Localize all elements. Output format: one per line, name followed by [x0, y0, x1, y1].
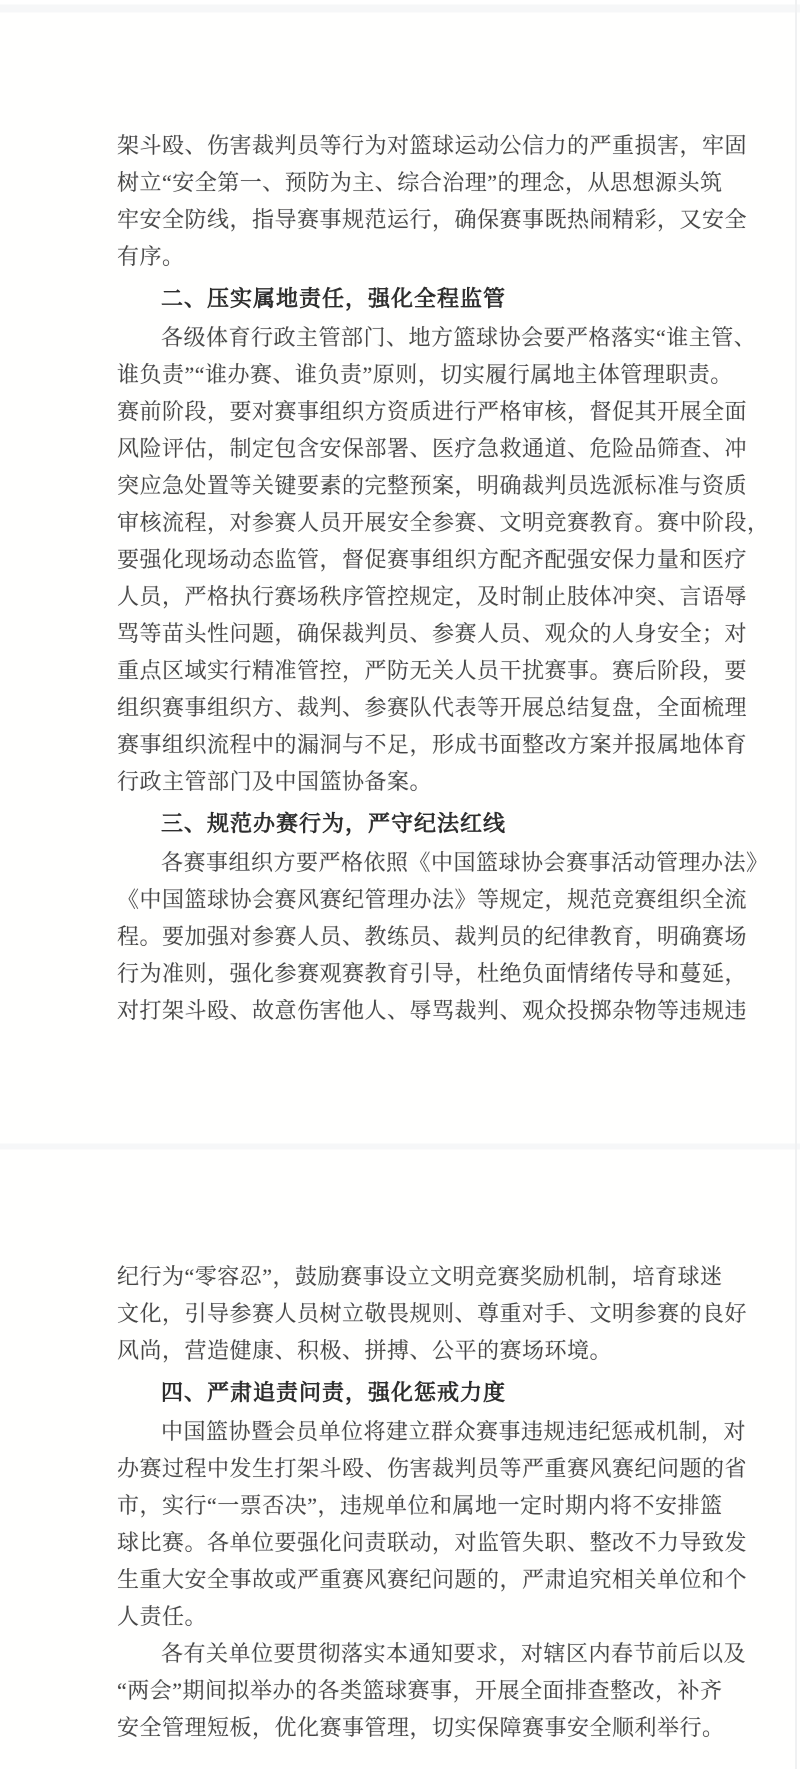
text-line: 各有关单位要贯彻落实本通知要求，对辖区内春节前后以及 [117, 1635, 680, 1672]
text-line: 重点区域实行精准管控，严防无关人员干扰赛事。赛后阶段，要 [117, 652, 680, 689]
text-line: 市，实行“一票否决”，违规单位和属地一定时期内将不安排篮 [117, 1487, 680, 1524]
text-line: “两会”期间拟举办的各类篮球赛事，开展全面排查整改，补齐 [117, 1672, 680, 1709]
text-line: 谁负责”“谁办赛、谁负责”原则，切实履行属地主体管理职责。 [117, 356, 680, 393]
page-gap-middle [0, 1143, 800, 1150]
text-line: 各级体育行政主管部门、地方篮球协会要严格落实“谁主管、 [117, 319, 680, 356]
page-gap-top [0, 4, 800, 13]
text-line: 纪行为“零容忍”，鼓励赛事设立文明竞赛奖励机制，培育球迷 [117, 1258, 680, 1295]
paragraph: 架斗殴、伤害裁判员等行为对篮球运动公信力的严重损害，牢固树立“安全第一、预防为主… [117, 127, 680, 275]
article-viewport: 架斗殴、伤害裁判员等行为对篮球运动公信力的严重损害，牢固树立“安全第一、预防为主… [0, 0, 800, 1769]
text-line: 球比赛。各单位要强化问责联动，对监管失职、整改不力导致发 [117, 1524, 680, 1561]
text-line: 程。要加强对参赛人员、教练员、裁判员的纪律教育，明确赛场 [117, 918, 680, 955]
text-line: 有序。 [117, 238, 680, 275]
paragraph: 各级体育行政主管部门、地方篮球协会要严格落实“谁主管、谁负责”“谁办赛、谁负责”… [117, 319, 680, 800]
section-heading: 三、规范办赛行为，严守纪法红线 [117, 805, 680, 842]
text-line: 中国篮协暨会员单位将建立群众赛事违规违纪惩戒机制，对 [117, 1413, 680, 1450]
text-line: 赛事组织流程中的漏洞与不足，形成书面整改方案并报属地体育 [117, 726, 680, 763]
text-line: 各赛事组织方要严格依照《中国篮球协会赛事活动管理办法》 [117, 844, 680, 881]
paragraph: 纪行为“零容忍”，鼓励赛事设立文明竞赛奖励机制，培育球迷文化，引导参赛人员树立敬… [117, 1258, 680, 1369]
text-line: 审核流程，对参赛人员开展安全参赛、文明竞赛教育。赛中阶段， [117, 504, 680, 541]
text-line: 人责任。 [117, 1598, 680, 1635]
content-right-edge [795, 0, 797, 1769]
text-line: 行政主管部门及中国篮协备案。 [117, 763, 680, 800]
text-line: 人员，严格执行赛场秩序管控规定，及时制止肢体冲突、言语辱 [117, 578, 680, 615]
text-line: 生重大安全事故或严重赛风赛纪问题的，严肃追究相关单位和个 [117, 1561, 680, 1598]
scanned-page-image-2[interactable]: 纪行为“零容忍”，鼓励赛事设立文明竞赛奖励机制，培育球迷文化，引导参赛人员树立敬… [0, 1150, 800, 1769]
text-line: 行为准则，强化参赛观赛教育引导，杜绝负面情绪传导和蔓延， [117, 955, 680, 992]
text-line: 突应急处置等关键要素的完整预案，明确裁判员选派标准与资质 [117, 467, 680, 504]
text-line: 组织赛事组织方、裁判、参赛队代表等开展总结复盘，全面梳理 [117, 689, 680, 726]
text-line: 办赛过程中发生打架斗殴、伤害裁判员等严重赛风赛纪问题的省 [117, 1450, 680, 1487]
paragraph: 中国篮协暨会员单位将建立群众赛事违规违纪惩戒机制，对办赛过程中发生打架斗殴、伤害… [117, 1413, 680, 1635]
heading-line: 四、严肃追责问责，强化惩戒力度 [117, 1374, 680, 1411]
text-line: 架斗殴、伤害裁判员等行为对篮球运动公信力的严重损害，牢固 [117, 127, 680, 164]
text-line: 牢安全防线，指导赛事规范运行，确保赛事既热闹精彩，又安全 [117, 201, 680, 238]
text-line: 赛前阶段，要对赛事组织方资质进行严格审核，督促其开展全面 [117, 393, 680, 430]
text-line: 文化，引导参赛人员树立敬畏规则、尊重对手、文明参赛的良好 [117, 1295, 680, 1332]
text-line: 对打架斗殴、故意伤害他人、辱骂裁判、观众投掷杂物等违规违 [117, 992, 680, 1029]
text-line: 树立“安全第一、预防为主、综合治理”的理念，从思想源头筑 [117, 164, 680, 201]
paragraph: 各有关单位要贯彻落实本通知要求，对辖区内春节前后以及“两会”期间拟举办的各类篮球… [117, 1635, 680, 1746]
text-line: 安全管理短板，优化赛事管理，切实保障赛事安全顺利举行。 [117, 1709, 680, 1746]
section-heading: 四、严肃追责问责，强化惩戒力度 [117, 1374, 680, 1411]
text-line: 风险评估，制定包含安保部署、医疗急救通道、危险品筛查、冲 [117, 430, 680, 467]
text-line: 骂等苗头性问题，确保裁判员、参赛人员、观众的人身安全；对 [117, 615, 680, 652]
scanned-page-image-1[interactable]: 架斗殴、伤害裁判员等行为对篮球运动公信力的严重损害，牢固树立“安全第一、预防为主… [0, 13, 800, 1143]
heading-line: 三、规范办赛行为，严守纪法红线 [117, 805, 680, 842]
section-heading: 二、压实属地责任，强化全程监管 [117, 280, 680, 317]
paragraph: 各赛事组织方要严格依照《中国篮球协会赛事活动管理办法》《中国篮球协会赛风赛纪管理… [117, 844, 680, 1029]
text-line: 《中国篮球协会赛风赛纪管理办法》等规定，规范竞赛组织全流 [117, 881, 680, 918]
text-line: 要强化现场动态监管，督促赛事组织方配齐配强安保力量和医疗 [117, 541, 680, 578]
heading-line: 二、压实属地责任，强化全程监管 [117, 280, 680, 317]
text-line: 风尚，营造健康、积极、拼搏、公平的赛场环境。 [117, 1332, 680, 1369]
